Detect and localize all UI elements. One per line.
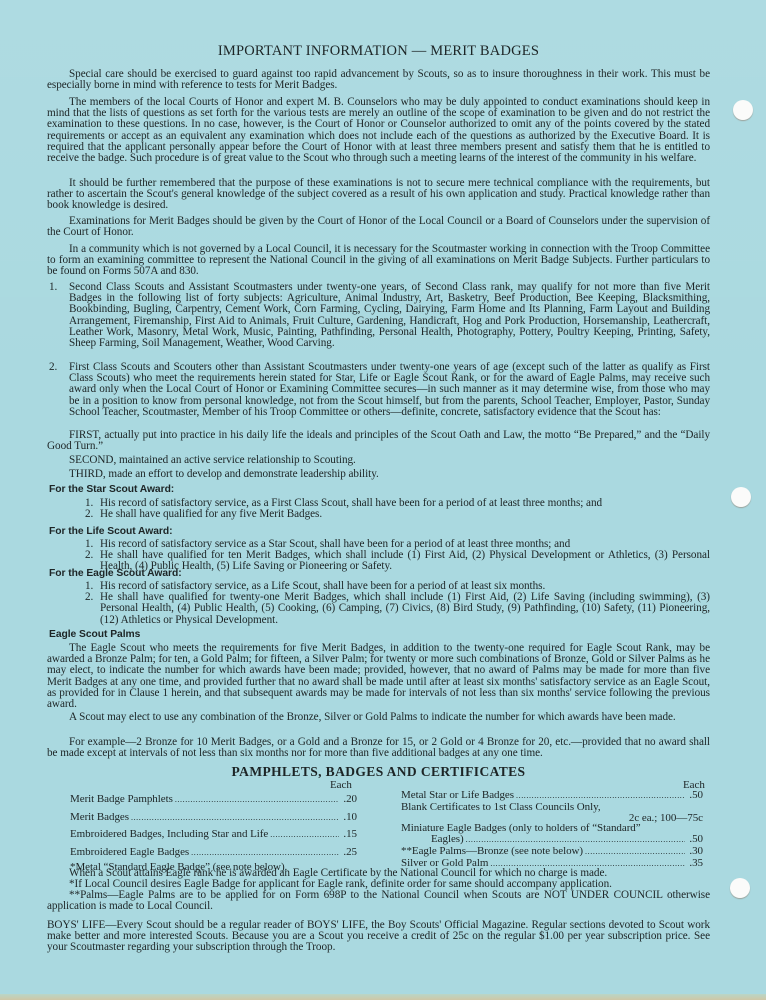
first-requirement: FIRST, actually put into practice in his… [47, 430, 710, 452]
second-requirement: SECOND, maintained an active service rel… [47, 455, 710, 466]
palms-note: **Palms—Eagle Palms are to be applied fo… [47, 890, 710, 912]
third-requirement: THIRD, made an effort to develop and dem… [47, 469, 710, 480]
price-row: Embroidered Eagle Badges.25 [70, 844, 357, 862]
palms-paragraph: For example—2 Bronze for 10 Merit Badges… [47, 737, 710, 759]
paper-edge [0, 994, 766, 1000]
numbered-item: 2. First Class Scouts and Scouters other… [47, 362, 710, 418]
boys-life-paragraph: BOYS' LIFE—Every Scout should be a regul… [47, 920, 710, 954]
star-award-heading: For the Star Scout Award: [49, 484, 174, 495]
palms-heading: Eagle Scout Palms [49, 629, 140, 640]
numbered-item: 1. Second Class Scouts and Assistant Sco… [47, 282, 710, 349]
punch-hole [733, 100, 753, 120]
price-row: Embroidered Badges, Including Star and L… [70, 826, 357, 844]
punch-hole [730, 878, 750, 898]
eagle-award-list: 1.His record of satisfactory service, as… [85, 581, 710, 626]
community-paragraph: In a community which is not governed by … [47, 244, 710, 278]
punch-hole [731, 487, 751, 507]
price-row: Blank Certificates to 1st Class Councils… [401, 802, 703, 813]
list-item: 2.He shall have qualified for any five M… [85, 509, 710, 520]
palms-paragraph: The Eagle Scout who meets the requiremen… [47, 643, 710, 710]
intro-paragraph: Special care should be exercised to guar… [47, 69, 710, 91]
eagle-award-heading: For the Eagle Scout Award: [49, 568, 182, 579]
price-row: **Eagle Palms—Bronze (see note below).30 [401, 846, 703, 858]
star-award-list: 1.His record of satisfactory service, as… [85, 498, 710, 520]
courts-of-honor-paragraph: The members of the local Courts of Honor… [47, 97, 710, 164]
purpose-paragraph: It should be further remembered that the… [47, 178, 710, 212]
price-row: Merit Badge Pamphlets.20 [70, 791, 357, 809]
life-award-heading: For the Life Scout Award: [49, 526, 172, 537]
price-list-left: Merit Badge Pamphlets.20 Merit Badges.10… [70, 791, 357, 873]
price-list-right: Metal Star or Life Badges.50 Blank Certi… [401, 790, 703, 870]
each-label: Each [330, 780, 352, 791]
page-title: IMPORTANT INFORMATION — MERIT BADGES [47, 46, 710, 57]
examinations-paragraph: Examinations for Merit Badges should be … [47, 216, 710, 238]
price-row: Merit Badges.10 [70, 809, 357, 827]
prices-heading: PAMPHLETS, BADGES AND CERTIFICATES [47, 766, 710, 777]
palms-paragraph: A Scout may elect to use any combination… [47, 712, 710, 723]
list-item: 2.He shall have qualified for twenty-one… [85, 592, 710, 626]
